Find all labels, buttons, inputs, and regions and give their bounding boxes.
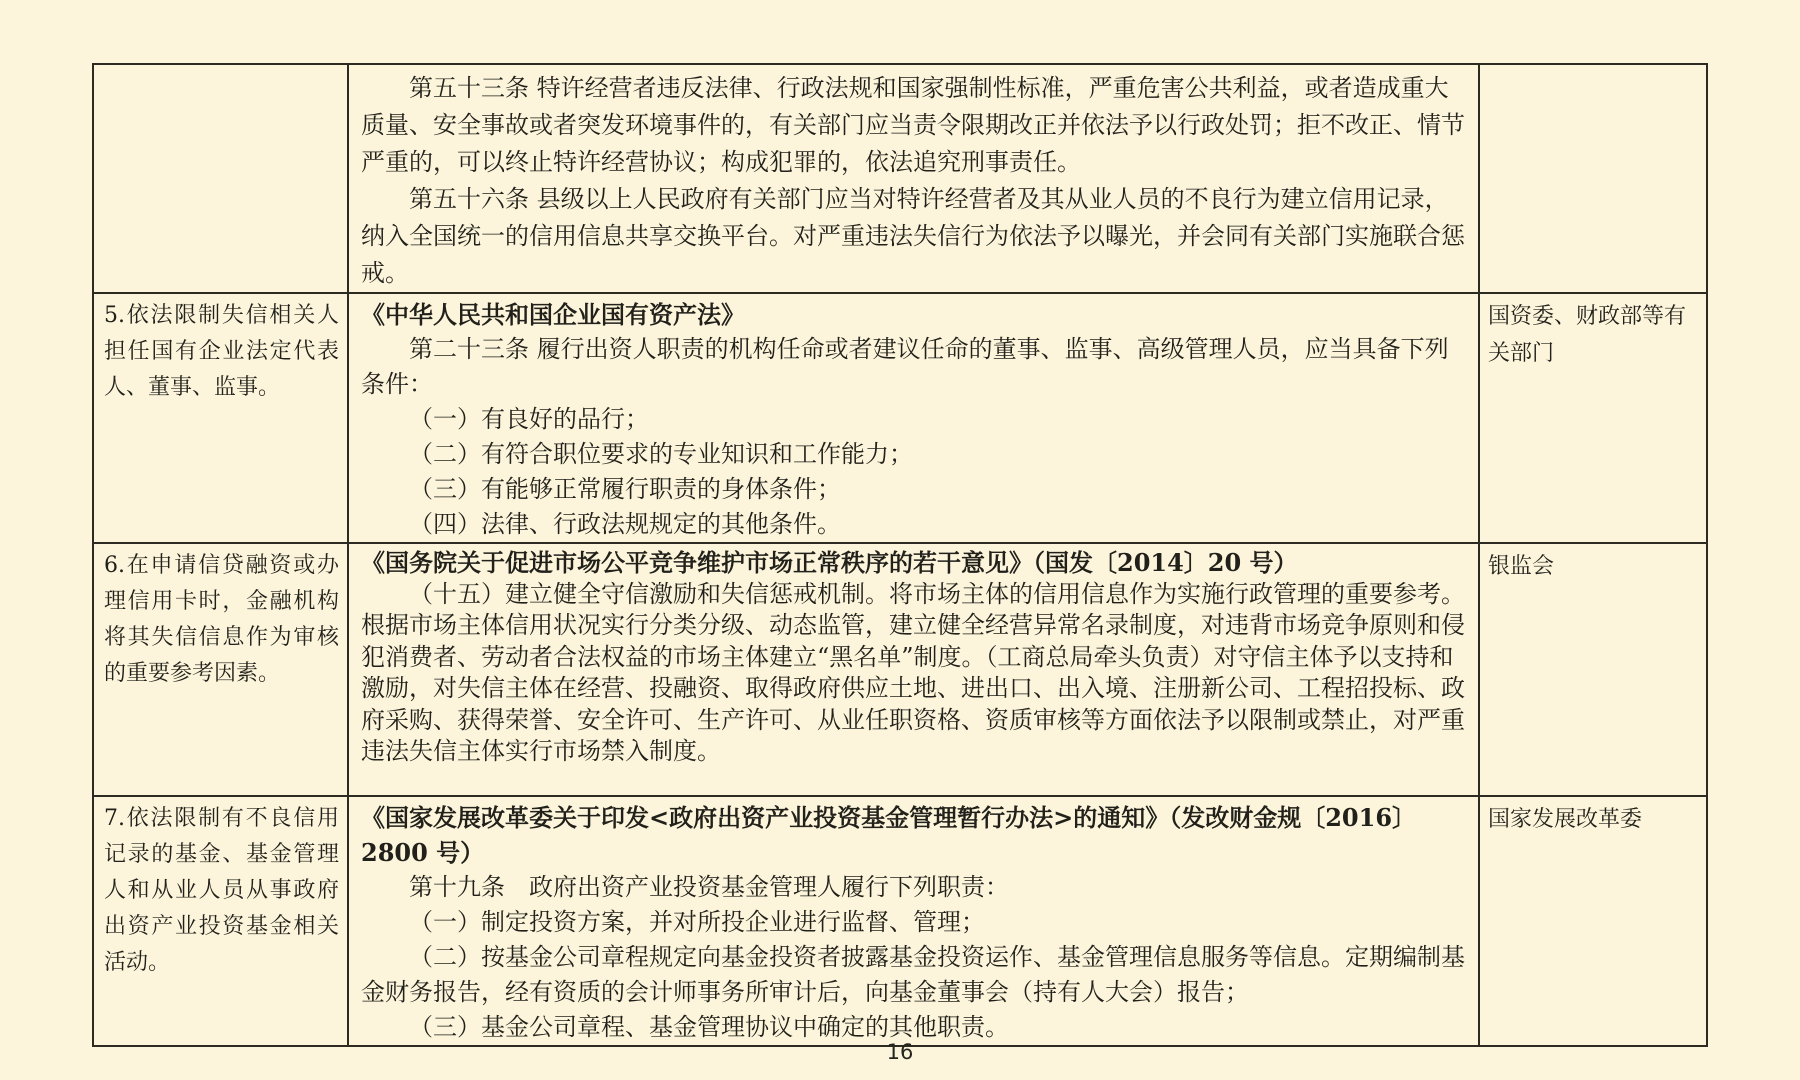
- legal-basis-cell: 《中华人民共和国企业国有资产法》 第二十三条 履行出资人职责的机构任命或者建议任…: [348, 293, 1479, 543]
- disciplinary-measures-table: 第五十三条 特许经营者违反法律、行政法规和国家强制性标准，严重危害公共利益，或者…: [92, 63, 1708, 1047]
- department-cell: 银监会: [1479, 543, 1707, 796]
- legal-paragraph: 第二十三条 履行出资人职责的机构任命或者建议任命的董事、监事、高级管理人员，应当…: [361, 332, 1472, 402]
- legal-paragraph: 第五十六条 县级以上人民政府有关部门应当对特许经营者及其从业人员的不良行为建立信…: [361, 181, 1472, 292]
- legal-doc-title: 《中华人民共和国企业国有资产法》: [361, 297, 1472, 332]
- legal-paragraph: 第十九条 政府出资产业投资基金管理人履行下列职责：: [361, 870, 1472, 905]
- page-number: 16: [0, 1040, 1800, 1064]
- table-row-continuation: 第五十三条 特许经营者违反法律、行政法规和国家强制性标准，严重危害公共利益，或者…: [93, 64, 1707, 293]
- legal-paragraph: （一）有良好的品行；: [361, 402, 1472, 437]
- department-cell: [1479, 64, 1707, 293]
- department-text: 国家发展改革委: [1488, 801, 1702, 838]
- legal-paragraph: （二）有符合职位要求的专业知识和工作能力；: [361, 437, 1472, 472]
- legal-paragraph: （一）制定投资方案，并对所投企业进行监督、管理；: [361, 905, 1472, 940]
- measure-text: 7.依法限制有不良信用记录的基金、基金管理人和从业人员从事政府出资产业投资基金相…: [104, 801, 339, 981]
- legal-paragraph: （二）按基金公司章程规定向基金投资者披露基金投资运作、基金管理信息服务等信息。定…: [361, 940, 1472, 1010]
- measure-cell: 6.在申请信贷融资或办理信用卡时，金融机构将其失信信息作为审核的重要参考因素。: [93, 543, 348, 796]
- measure-text: 5.依法限制失信相关人担任国有企业法定代表人、董事、监事。: [104, 298, 339, 406]
- legal-doc-title: 《国家发展改革委关于印发<政府出资产业投资基金管理暂行办法>的通知》（发改财金规…: [361, 800, 1472, 870]
- measure-text: 6.在申请信贷融资或办理信用卡时，金融机构将其失信信息作为审核的重要参考因素。: [104, 548, 339, 692]
- table-row-measure-5: 5.依法限制失信相关人担任国有企业法定代表人、董事、监事。 《中华人民共和国企业…: [93, 293, 1707, 543]
- table-row-measure-6: 6.在申请信贷融资或办理信用卡时，金融机构将其失信信息作为审核的重要参考因素。 …: [93, 543, 1707, 796]
- legal-doc-title: 《国务院关于促进市场公平竞争维护市场正常秩序的若干意见》（国发〔2014〕20 …: [361, 547, 1472, 579]
- table-row-measure-7: 7.依法限制有不良信用记录的基金、基金管理人和从业人员从事政府出资产业投资基金相…: [93, 796, 1707, 1046]
- department-cell: 国家发展改革委: [1479, 796, 1707, 1046]
- department-cell: 国资委、财政部等有关部门: [1479, 293, 1707, 543]
- legal-basis-cell: 第五十三条 特许经营者违反法律、行政法规和国家强制性标准，严重危害公共利益，或者…: [348, 64, 1479, 293]
- legal-paragraph: （三）有能够正常履行职责的身体条件；: [361, 472, 1472, 507]
- legal-paragraph: （四）法律、行政法规规定的其他条件。: [361, 507, 1472, 542]
- measure-cell: [93, 64, 348, 293]
- measure-cell: 5.依法限制失信相关人担任国有企业法定代表人、董事、监事。: [93, 293, 348, 543]
- legal-paragraph: 第五十三条 特许经营者违反法律、行政法规和国家强制性标准，严重危害公共利益，或者…: [361, 70, 1472, 181]
- legal-basis-cell: 《国家发展改革委关于印发<政府出资产业投资基金管理暂行办法>的通知》（发改财金规…: [348, 796, 1479, 1046]
- legal-basis-cell: 《国务院关于促进市场公平竞争维护市场正常秩序的若干意见》（国发〔2014〕20 …: [348, 543, 1479, 796]
- department-text: 国资委、财政部等有关部门: [1488, 298, 1702, 372]
- legal-paragraph: （十五）建立健全守信激励和失信惩戒机制。将市场主体的信用信息作为实施行政管理的重…: [361, 579, 1472, 768]
- department-text: 银监会: [1488, 548, 1702, 585]
- measure-cell: 7.依法限制有不良信用记录的基金、基金管理人和从业人员从事政府出资产业投资基金相…: [93, 796, 348, 1046]
